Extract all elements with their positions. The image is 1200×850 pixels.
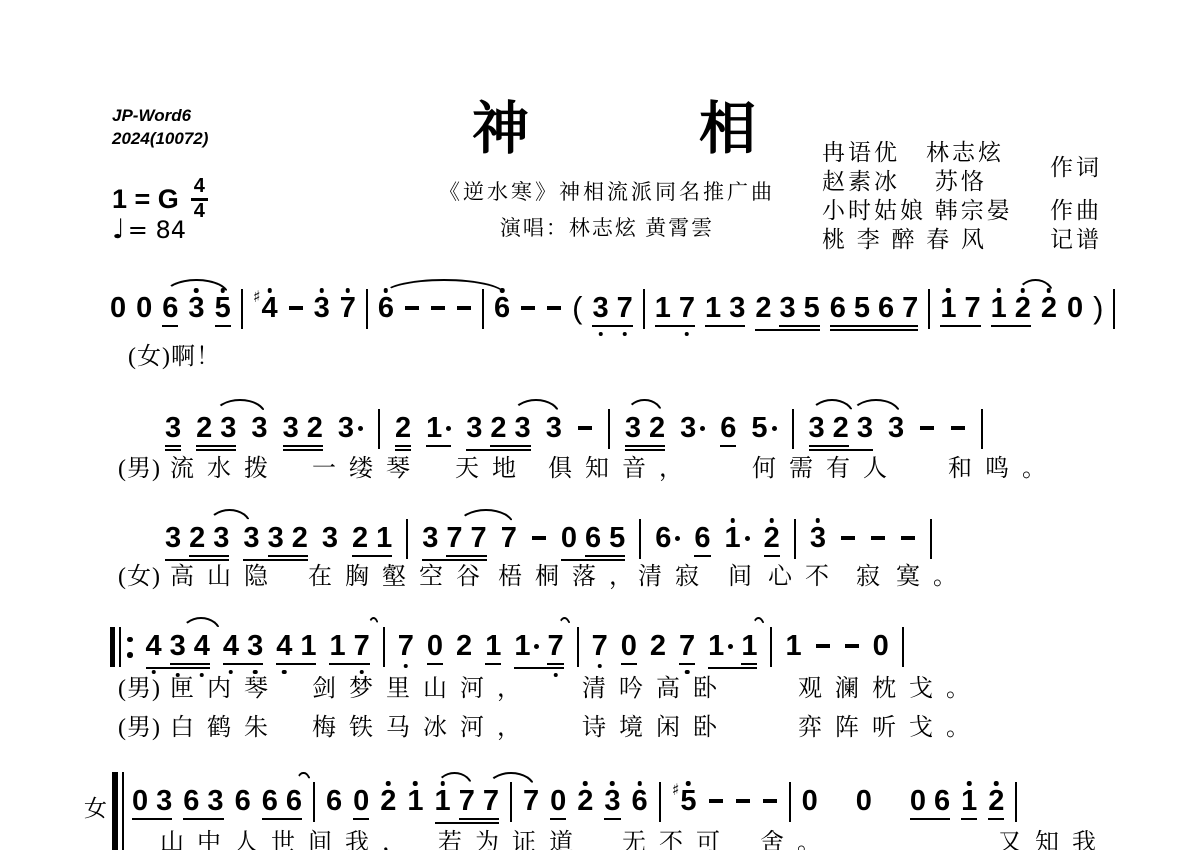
- note-digit: 7: [679, 293, 695, 323]
- lyric-segment: 梧桐落，: [498, 556, 646, 591]
- note: 3: [268, 523, 284, 553]
- note: 3: [857, 413, 873, 443]
- note-digit: 5: [751, 413, 767, 443]
- note-digit: 1: [435, 786, 451, 816]
- octave-dot-above: [686, 781, 691, 786]
- octave-dot-above: [769, 518, 774, 523]
- spacer: [883, 786, 899, 787]
- beam-group: 6567: [830, 293, 919, 331]
- note: 1: [725, 523, 750, 553]
- repeat-dot: [127, 637, 133, 643]
- note: ♯4: [253, 293, 278, 323]
- note-digit: 1: [329, 631, 345, 661]
- note-digit: 0: [910, 786, 926, 816]
- note-digit: 1: [991, 293, 1007, 323]
- dash-note: [577, 413, 593, 443]
- barline: [981, 409, 983, 449]
- note: 2: [456, 631, 472, 661]
- note-digit: 7: [679, 631, 695, 661]
- beam-group: 1: [741, 631, 757, 665]
- lyric-segment: 剑梦里山河，: [312, 668, 534, 703]
- beam-group: 23: [196, 413, 236, 451]
- note-digit: 3: [515, 413, 531, 443]
- barline: [659, 782, 661, 822]
- note-digit: 3: [188, 293, 204, 323]
- lyric-line: 山中人世间我，若为证道无不可舍。又知我: [0, 822, 1200, 850]
- note-digit: 3: [604, 786, 620, 816]
- note: 1: [785, 631, 801, 661]
- note: 7: [483, 786, 499, 816]
- note-digit: 1: [426, 413, 442, 443]
- beam-group: 1: [485, 631, 501, 665]
- slur-group: 3233: [466, 413, 562, 451]
- beam-group: 32: [283, 413, 323, 451]
- octave-dot-above: [1021, 288, 1026, 293]
- note-digit: 7: [964, 293, 980, 323]
- note: 1: [300, 631, 316, 661]
- note-digit: 2: [833, 413, 849, 443]
- note: 7: [523, 786, 539, 816]
- sheet-music-page: JP-Word6 2024(10072) 神相 《逆水寒》神相流派同名推广曲 演…: [0, 0, 1200, 850]
- beam-group: 13: [705, 293, 745, 327]
- note-digit: 2: [988, 786, 1004, 816]
- note-digit: 2: [196, 413, 212, 443]
- note: 3: [810, 523, 826, 553]
- lyric-line: (男)白鹤朱梅铁马冰河，诗境闲卧弈阵听戈。: [0, 707, 1200, 739]
- note: 6: [655, 523, 680, 553]
- note: 6: [235, 786, 251, 816]
- note-digit: 7: [501, 523, 517, 553]
- note-digit: 6: [378, 293, 394, 323]
- beam-group: 2: [395, 413, 411, 447]
- beam-group: 6: [694, 523, 710, 557]
- beam-group: 5: [215, 293, 231, 327]
- lyric-segment: 一缕琴: [312, 448, 423, 483]
- note-digit: 6: [183, 786, 199, 816]
- note-digit: 3: [165, 523, 181, 553]
- note: 0: [427, 631, 443, 661]
- dash-note: [404, 293, 420, 323]
- note-digit: 3: [857, 413, 873, 443]
- note: 4: [146, 631, 162, 661]
- octave-dot-above: [730, 518, 735, 523]
- dash-note: [900, 523, 916, 553]
- note-digit: 3: [888, 413, 904, 443]
- note: 2: [1041, 293, 1057, 323]
- note: 0: [856, 786, 872, 816]
- dash-bar: [951, 426, 965, 430]
- lyric-segment: 梅铁马冰河，: [312, 707, 534, 742]
- note: 6: [694, 523, 710, 553]
- lyric-segment: (男): [118, 448, 161, 483]
- transcriber-role: 记谱: [1050, 223, 1102, 252]
- slur-group: 233: [196, 413, 267, 451]
- barline: [577, 627, 579, 667]
- note: 3: [338, 413, 363, 443]
- beam-group: 66: [262, 786, 302, 820]
- note: 7: [398, 631, 414, 661]
- note: 3: [283, 413, 299, 443]
- dash-bar: [920, 426, 934, 430]
- note-digit: 1: [725, 523, 741, 553]
- beam-group: 43: [223, 631, 263, 665]
- note: 1: [655, 293, 671, 323]
- note: 3: [888, 413, 904, 443]
- note: 0: [110, 293, 126, 323]
- note-digit: 6: [286, 786, 302, 816]
- note: 3: [625, 413, 641, 443]
- dash-bar: [709, 799, 723, 803]
- lyric-segment: 观澜枕戈。: [798, 668, 983, 703]
- note: 3: [680, 413, 705, 443]
- note: 2: [395, 413, 411, 443]
- slur-group: 3233: [809, 413, 905, 451]
- note-digit: 7: [592, 631, 608, 661]
- lyric-segment: 和鸣。: [948, 448, 1059, 483]
- note: 3: [422, 523, 438, 553]
- barline: [789, 782, 791, 822]
- lyric-segment: 舍。: [760, 822, 834, 850]
- quarter-note-icon: ♩: [112, 214, 125, 245]
- note: 5: [751, 413, 776, 443]
- note-digit: 2: [490, 413, 506, 443]
- note-digit: 3: [809, 413, 825, 443]
- repeat-dots: [127, 627, 133, 667]
- lyricists-row-2: 赵素冰 苏恪: [822, 165, 1050, 194]
- spacer: [829, 786, 845, 787]
- barline: [1113, 289, 1115, 329]
- note: 1: [407, 786, 423, 816]
- note: 6: [378, 293, 394, 323]
- beam-group: 37: [592, 293, 632, 327]
- dash-note: [456, 293, 472, 323]
- barline: [639, 519, 641, 559]
- note: 0: [802, 786, 818, 816]
- note-digit: 1: [485, 631, 501, 661]
- note-digit: 2: [764, 523, 780, 553]
- lyric-segment: 何需有人: [752, 448, 900, 483]
- note: 2: [833, 413, 849, 443]
- slur-group: 177: [435, 786, 499, 824]
- note-digit: 5: [680, 786, 696, 816]
- note-digit: 3: [546, 413, 562, 443]
- octave-dot-above: [946, 288, 951, 293]
- barline: [792, 409, 794, 449]
- parenthesis: ): [1093, 293, 1103, 323]
- repeat-thin-bar: [119, 627, 121, 667]
- beam-group: 17: [514, 631, 563, 669]
- note: 3: [165, 523, 181, 553]
- note-digit: 3: [251, 413, 267, 443]
- note: 3: [729, 293, 745, 323]
- note: 5: [804, 293, 820, 323]
- slur-group: 122: [991, 293, 1057, 327]
- dash-bar: [845, 644, 859, 648]
- beam-group: 3: [604, 786, 620, 820]
- note-digit: 4: [261, 293, 277, 323]
- note-digit: 5: [804, 293, 820, 323]
- note: 1: [435, 786, 451, 816]
- dash-note: [520, 293, 536, 323]
- slur-group: 1777: [435, 786, 540, 824]
- octave-dot-above: [994, 781, 999, 786]
- slur-group: 666: [262, 786, 342, 822]
- note: 7: [354, 631, 370, 661]
- note: 2: [380, 786, 396, 816]
- note-digit: 4: [223, 631, 239, 661]
- beam-group: 32: [283, 413, 323, 447]
- notation-line-4: 43443411770211770271110: [110, 631, 904, 669]
- parenthesis: (: [572, 293, 582, 323]
- sharp-accidental: ♯: [253, 289, 261, 305]
- barline: [794, 519, 796, 559]
- note-digit: 0: [110, 293, 126, 323]
- octave-dot-above: [637, 781, 642, 786]
- note-digit: 3: [268, 523, 284, 553]
- octave-dot-above: [583, 781, 588, 786]
- beam-group: 6567: [830, 293, 919, 327]
- beam-group: 41: [276, 631, 316, 665]
- beam-group: 6: [162, 293, 178, 327]
- note: 5: [854, 293, 870, 323]
- note-digit: 3: [165, 413, 181, 443]
- slur-group: 43443: [146, 631, 264, 669]
- note-digit: 0: [802, 786, 818, 816]
- beam-group: 2: [988, 786, 1004, 820]
- dash-bar: [405, 306, 419, 310]
- note-digit: 3: [207, 786, 223, 816]
- note-digit: 5: [215, 293, 231, 323]
- note-digit: 6: [632, 786, 648, 816]
- dash-note: [546, 293, 562, 323]
- beam-group: 35: [779, 293, 819, 327]
- note-digit: 0: [427, 631, 443, 661]
- note: 3: [809, 413, 825, 443]
- note-digit: 0: [621, 631, 637, 661]
- note-digit: 0: [550, 786, 566, 816]
- note-digit: 3: [338, 413, 354, 443]
- octave-dot-above: [267, 288, 272, 293]
- note: 2: [577, 786, 593, 816]
- note: 6: [934, 786, 950, 816]
- note-digit: 3: [466, 413, 482, 443]
- note-digit: 0: [353, 786, 369, 816]
- note-digit: 1: [741, 631, 757, 661]
- note: 2: [1015, 293, 1031, 323]
- note: 7: [679, 293, 695, 323]
- note: 2: [189, 523, 205, 553]
- note-digit: 6: [655, 523, 671, 553]
- note-digit: 7: [340, 293, 356, 323]
- voice-label-female: 女: [84, 790, 107, 823]
- credits-block: 冉语优 林志炫 作词 赵素冰 苏恪 小时姑娘 韩宗晏 作曲 桃 李 醉 春 风 …: [822, 136, 1102, 252]
- note: 6: [183, 786, 199, 816]
- note-digit: 4: [276, 631, 292, 661]
- note-digit: 3: [314, 293, 330, 323]
- lyric-segment: (男): [118, 707, 161, 742]
- note-digit: 7: [398, 631, 414, 661]
- lyricist-role: 作词: [1050, 136, 1102, 194]
- lyric-segment: 寞。: [896, 556, 970, 591]
- slur-group: 177: [329, 631, 413, 667]
- lyric-segment: (男): [118, 668, 161, 703]
- beam-group: 3: [165, 413, 181, 447]
- generator-watermark: JP-Word6 2024(10072): [112, 104, 208, 150]
- note-digit: 4: [194, 631, 210, 661]
- notation-line-5: 0363666602117770236♯5000612: [132, 786, 1017, 824]
- beam-group: 2: [395, 413, 411, 451]
- note-digit: 0: [561, 523, 577, 553]
- dash-bar: [457, 306, 471, 310]
- note: 2: [764, 523, 780, 553]
- note: 0: [873, 631, 889, 661]
- repeat-begin-sign: [110, 627, 133, 667]
- beam-group: 17: [655, 293, 695, 327]
- note: 2: [650, 631, 666, 661]
- note-digit: 1: [514, 631, 530, 661]
- barline: [482, 289, 484, 329]
- note: 3: [243, 523, 259, 553]
- repeat-thick-bar: [110, 627, 115, 667]
- note: 3: [247, 631, 263, 661]
- lyric-line: (女)啊！: [0, 336, 1200, 368]
- beam-group: 63: [183, 786, 223, 820]
- beam-group: 77: [446, 523, 486, 557]
- lyric-segment: 匣内琴: [170, 668, 281, 703]
- sharp-accidental: ♯: [672, 782, 680, 798]
- dash-note: [870, 523, 886, 553]
- tempo-marking: ♩ = 84: [112, 214, 186, 245]
- note-digit: 3: [422, 523, 438, 553]
- dash-bar: [841, 536, 855, 540]
- note-digit: 6: [934, 786, 950, 816]
- note-digit: 3: [680, 413, 696, 443]
- tempo-value: = 84: [128, 216, 186, 244]
- barline: [930, 519, 932, 559]
- beam-group: 32: [625, 413, 665, 451]
- note-digit: 1: [655, 293, 671, 323]
- note-digit: 6: [162, 293, 178, 323]
- note-digit: 6: [585, 523, 601, 553]
- notation-line-1: 00635♯43766(3717132356567171220): [110, 293, 1115, 331]
- note: 2: [490, 413, 506, 443]
- key-label: 1 = G: [112, 184, 179, 215]
- note: 2: [292, 523, 308, 553]
- dash-bar: [289, 306, 303, 310]
- note-digit: 0: [1067, 293, 1083, 323]
- barline: [510, 782, 512, 822]
- note: 6: [494, 293, 510, 323]
- barline: [406, 519, 408, 559]
- note-digit: 2: [755, 293, 771, 323]
- composers: 小时姑娘 韩宗晏: [822, 194, 1050, 223]
- barline: [313, 782, 315, 822]
- dash-bar: [431, 306, 445, 310]
- octave-dot-above: [1047, 288, 1052, 293]
- augmentation-dot: [772, 426, 777, 431]
- beam-group: 23: [196, 413, 236, 447]
- note-digit: 3: [729, 293, 745, 323]
- generator-version: 2024(10072): [112, 127, 208, 150]
- note: 0: [550, 786, 566, 816]
- note: 3: [213, 523, 229, 553]
- note-digit: 1: [705, 293, 721, 323]
- beam-group: 77: [459, 786, 499, 820]
- octave-dot-above: [413, 781, 418, 786]
- lyric-segment: 若为证道: [438, 822, 586, 850]
- note-digit: 2: [380, 786, 396, 816]
- composer-role: 作曲: [1050, 194, 1102, 223]
- note: 2: [755, 293, 771, 323]
- note-digit: 1: [300, 631, 316, 661]
- dash-bar: [871, 536, 885, 540]
- note-digit: 3: [810, 523, 826, 553]
- dash-bar: [578, 426, 592, 430]
- note: 2: [307, 413, 323, 443]
- beam-group: 0: [427, 631, 443, 665]
- note-digit: 4: [146, 631, 162, 661]
- beam-group: 1: [426, 413, 451, 447]
- note: 3: [170, 631, 186, 661]
- lyric-segment: (女): [118, 556, 161, 591]
- note: 0: [353, 786, 369, 816]
- octave-dot-above: [386, 781, 391, 786]
- barline: [643, 289, 645, 329]
- note-digit: 3: [779, 293, 795, 323]
- note-digit: 3: [592, 293, 608, 323]
- beam-group: 235: [755, 293, 819, 331]
- beam-group: 23: [189, 523, 229, 557]
- generator-name: JP-Word6: [112, 104, 208, 127]
- note: 2: [649, 413, 665, 443]
- dash-bar: [763, 799, 777, 803]
- note: 4: [194, 631, 210, 661]
- note: 7: [902, 293, 918, 323]
- lyric-segment: 流水拨: [170, 448, 281, 483]
- song-subtitle: 《逆水寒》神相流派同名推广曲: [439, 176, 775, 206]
- note-digit: 5: [609, 523, 625, 553]
- note: 1: [961, 786, 977, 816]
- lyric-segment: 白鹤朱: [170, 707, 281, 742]
- note-digit: 0: [856, 786, 872, 816]
- note: 2: [352, 523, 368, 553]
- octave-dot-above: [610, 781, 615, 786]
- note-digit: 7: [471, 523, 487, 553]
- lyric-segment: 清寂: [638, 556, 712, 591]
- note: 3: [604, 786, 620, 816]
- octave-dot-above: [440, 781, 445, 786]
- barline: [378, 409, 380, 449]
- beam-group: 65: [585, 523, 625, 557]
- note-digit: 6: [720, 413, 736, 443]
- dash-note: [840, 523, 856, 553]
- beam-group: 34: [170, 631, 210, 665]
- note-digit: 2: [649, 413, 665, 443]
- note: 5: [609, 523, 625, 553]
- note-digit: 2: [456, 631, 472, 661]
- note: 6: [162, 293, 178, 323]
- dash-note: [950, 413, 966, 443]
- lyric-segment: 心不: [768, 556, 842, 591]
- note: 3: [188, 293, 204, 323]
- note-digit: 6: [694, 523, 710, 553]
- dash-note: [531, 523, 547, 553]
- lyric-segment: 山中人世间我，: [160, 822, 419, 850]
- note-digit: 3: [625, 413, 641, 443]
- note-digit: 2: [352, 523, 368, 553]
- repeat-dot: [127, 652, 133, 658]
- note-digit: 1: [961, 786, 977, 816]
